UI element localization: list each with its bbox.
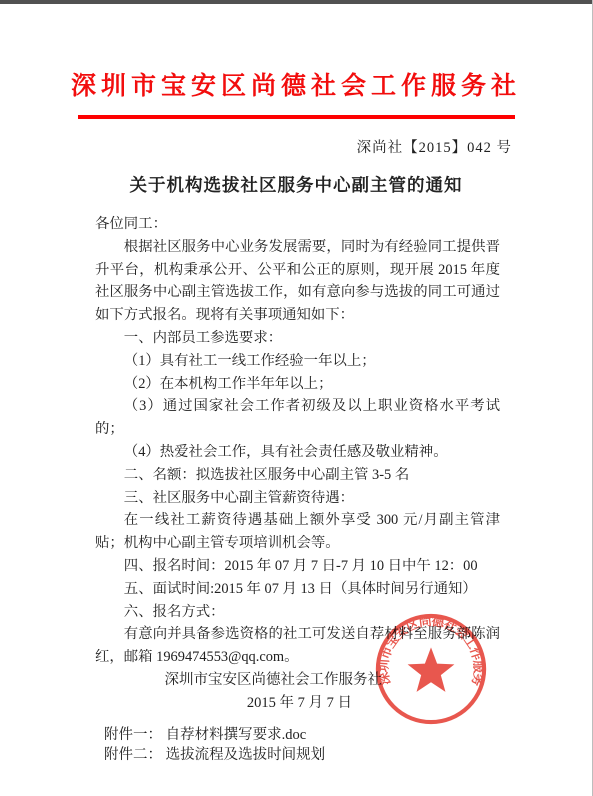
signature-block: 深圳市宝安区尚德社会工作服务社 2015 年 7 月 7 日 (95, 669, 500, 715)
section-3-heading: 三、社区服务中心副主管薪资待遇： (95, 487, 500, 510)
attachment-1: 附件一： 自荐材料撰写要求.doc (104, 725, 592, 746)
intro-paragraph: 根据社区服务中心业务发展需要，同时为有经验同工提供晋升平台，机构秉承公开、公平和… (95, 236, 500, 327)
attachments-list: 附件一： 自荐材料撰写要求.doc 附件二： 选拔流程及选拔时间规划 (104, 725, 592, 766)
salutation: 各位同工： (95, 213, 500, 236)
signature-org-name: 深圳市宝安区尚德社会工作服务社 (95, 669, 500, 692)
requirement-item-2: （2）在本机构工作半年年以上； (95, 373, 500, 396)
salary-paragraph: 在一线社工薪资待遇基础上额外享受 300 元/月副主管津贴；机构中心副主管专项培… (95, 509, 500, 555)
signature-date: 2015 年 7 月 7 日 (95, 692, 500, 715)
section-2-quota: 二、名额：拟选拔社区服务中心副主管 3-5 名 (95, 464, 500, 487)
section-6-heading: 六、报名方式： (95, 601, 500, 624)
scan-top-band (0, 0, 592, 4)
section-4-signup-time: 四、报名时间：2015 年 07 月 7 日-7 月 10 日中午 12：00 (95, 555, 500, 578)
section-5-interview-time: 五、面试时间:2015 年 07 月 13 日（具体时间另行通知） (95, 578, 500, 601)
requirement-item-1: （1）具有社工一线工作经验一年以上； (95, 350, 500, 373)
notice-body: 各位同工： 根据社区服务中心业务发展需要，同时为有经验同工提供晋升平台，机构秉承… (95, 213, 500, 715)
letterhead-divider-rule (78, 115, 515, 119)
section-1-heading: 一、内部员工参选要求： (95, 327, 500, 350)
attachment-2: 附件二： 选拔流程及选拔时间规划 (104, 745, 592, 766)
notice-title: 关于机构选拔社区服务中心副主管的通知 (0, 172, 592, 197)
application-method-paragraph: 有意向并具备参选资格的社工可发送自荐材料至服务部陈润红，邮箱 196947455… (95, 623, 500, 669)
letterhead-org-title: 深圳市宝安区尚德社会工作服务社 (0, 66, 592, 102)
document-page: 深圳市宝安区尚德社会工作服务社 深尚社【2015】042 号 关于机构选拔社区服… (0, 0, 593, 796)
requirement-item-4: （4）热爱社会工作，具有社会责任感及敬业精神。 (95, 441, 500, 464)
requirement-item-3: （3）通过国家社会工作者初级及以上职业资格水平考试的； (95, 395, 500, 441)
document-number: 深尚社【2015】042 号 (0, 136, 512, 157)
